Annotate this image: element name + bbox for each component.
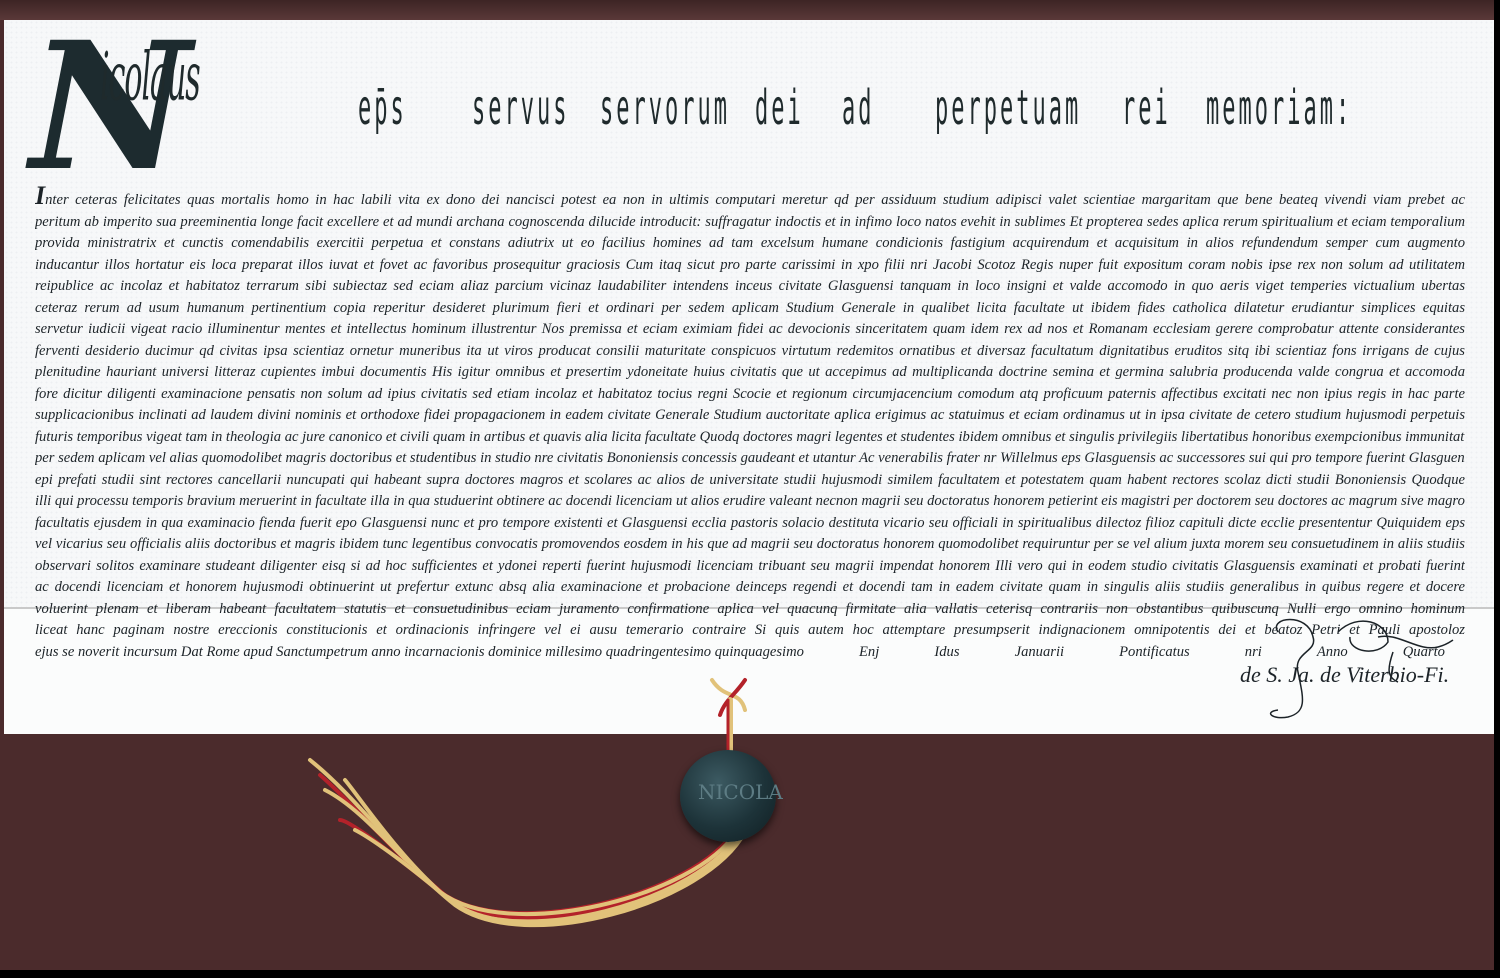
lead-seal: NICOLA [680,750,776,842]
mount-background: N icolaus ep̄s servus servorum dei ad pe… [0,0,1494,970]
seal-inscription: NICOLA [698,780,783,804]
bottom-border [0,970,1500,978]
right-border [1494,0,1500,978]
